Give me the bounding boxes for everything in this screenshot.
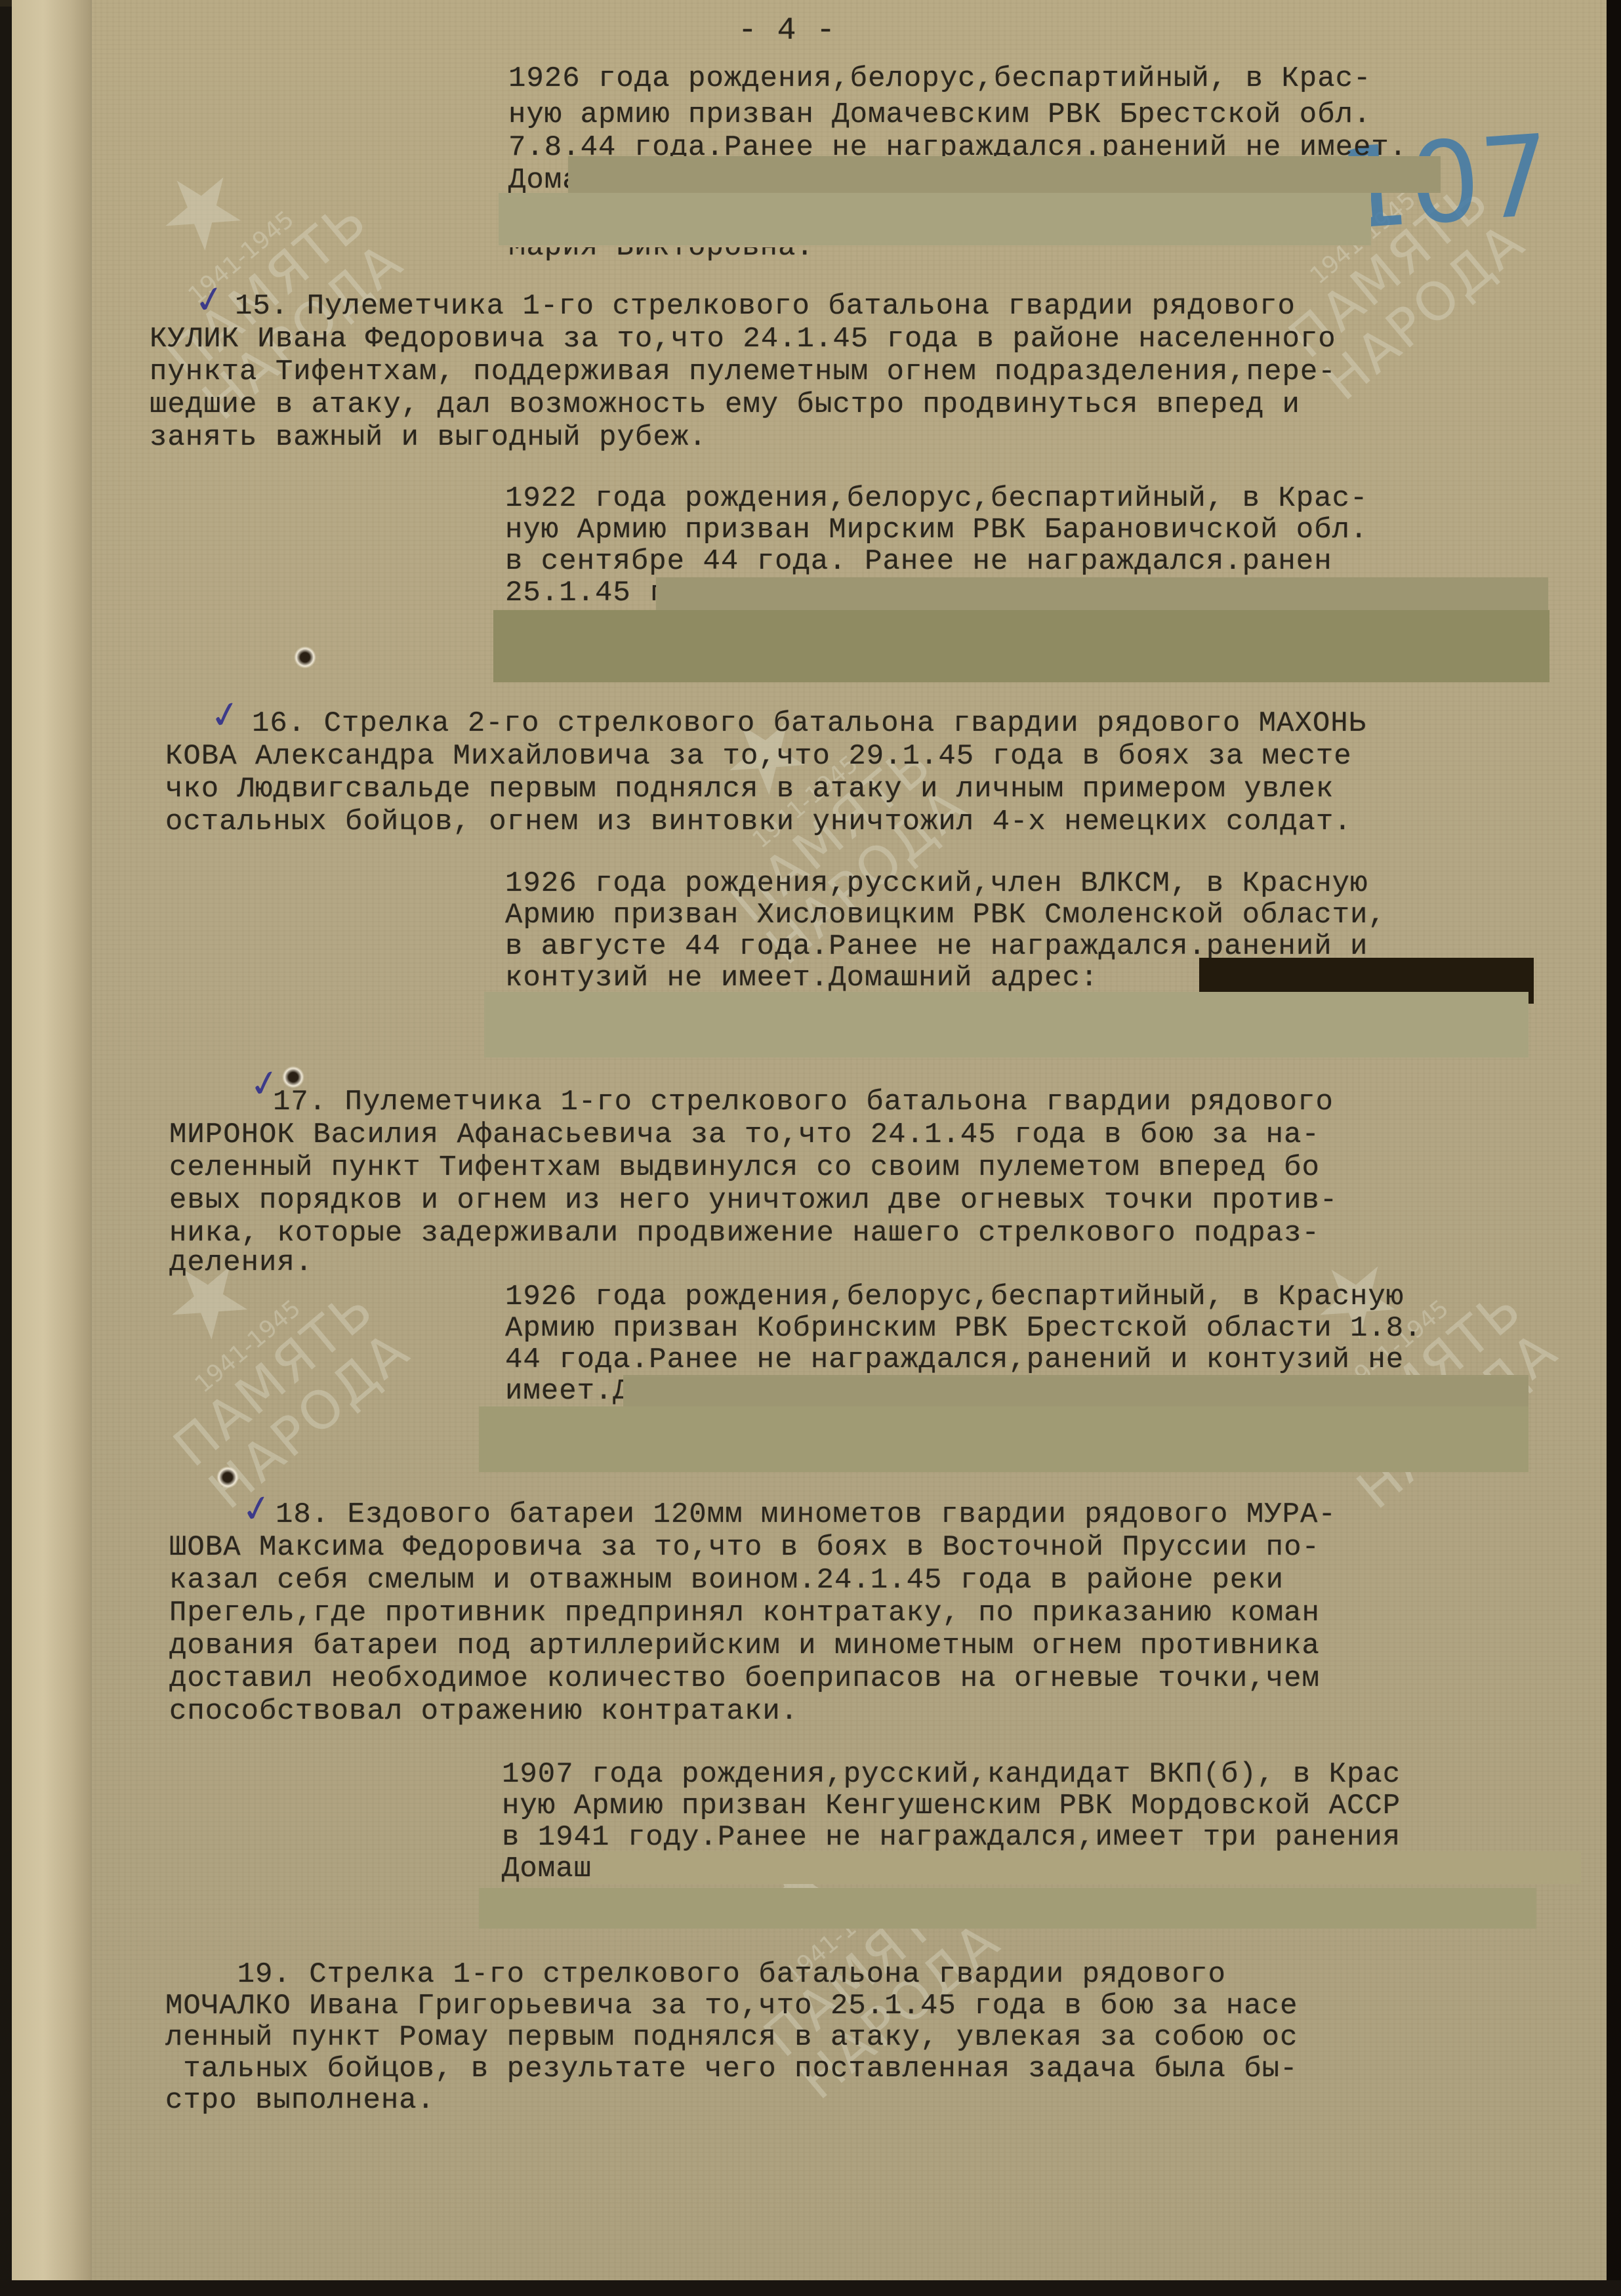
punch-hole: [282, 1066, 304, 1088]
redaction-box: [479, 1406, 1529, 1472]
redaction-box: [499, 193, 1371, 245]
redaction-box: [493, 610, 1549, 682]
redaction-box: [623, 1375, 1529, 1406]
redaction-box: [656, 577, 1548, 611]
redaction-box: [479, 1888, 1536, 1929]
scan-bottom-edge: [0, 2280, 1621, 2296]
redaction-box: [590, 1851, 1581, 1884]
punch-hole: [216, 1466, 239, 1488]
redaction-box: [484, 992, 1529, 1057]
page-number: - 4 -: [738, 14, 836, 47]
redaction-box: [568, 156, 1441, 193]
scan-right-edge: [1607, 0, 1621, 2296]
punch-hole: [294, 646, 316, 668]
binding-strip: [12, 0, 92, 2282]
